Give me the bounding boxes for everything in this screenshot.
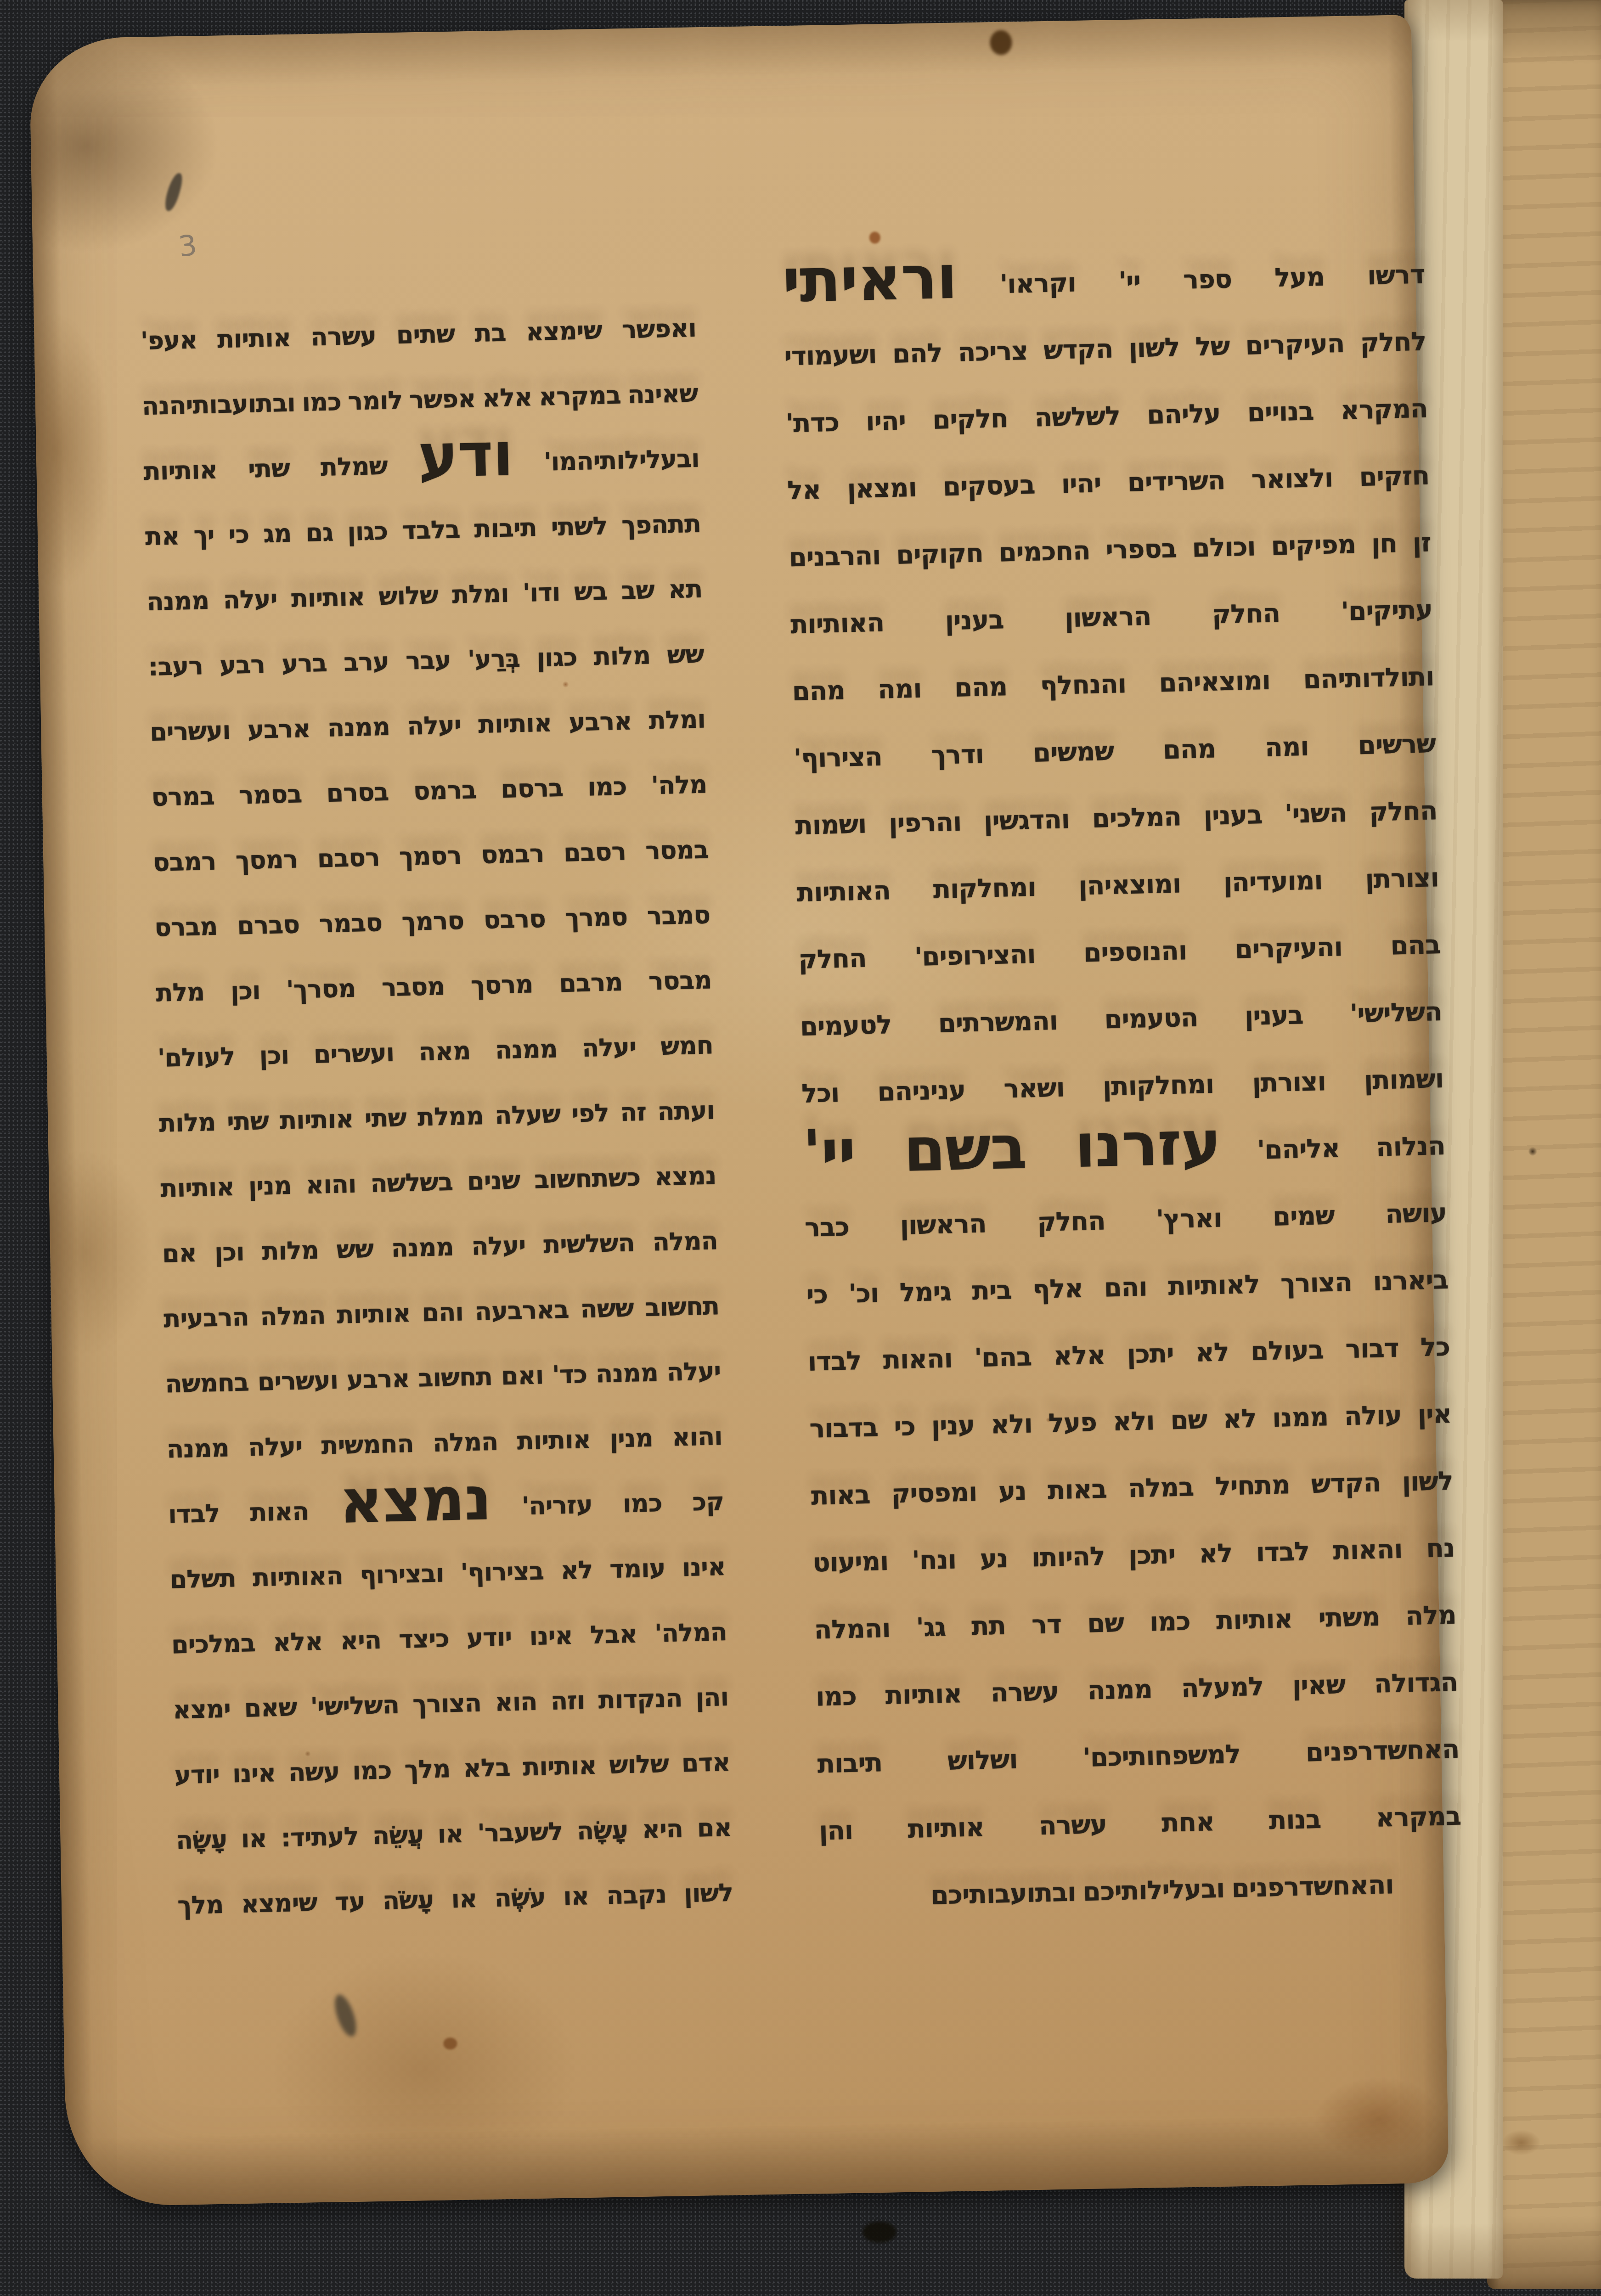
text-line: ומלת ארבע אותיות יעלה ממנה ארבע ועשרים (149, 687, 706, 765)
text-line: תחשוב ששה בארבעה והם אותיות המלה הרבעית (163, 1273, 720, 1351)
text-line: אינו עומד לא בצירוף' ובצירוף האותיות תשל… (169, 1534, 726, 1612)
text-segment: החלק השני' בענין המלכים והדגשין והרפין ו… (795, 796, 1438, 841)
text-segment: תחשוב ששה בארבעה והם אותיות המלה הרבעית (163, 1291, 720, 1333)
stain (331, 1992, 361, 2039)
stain (443, 2037, 457, 2050)
text-line: ועתה זה לפי שעלה ממלת שתי אותיות שתי מלו… (158, 1078, 716, 1156)
text-line: והן הנקדות וזה הוא הצורך השלישי' שאם ימצ… (172, 1665, 729, 1743)
text-segment: והאחשדרפנים ובעלילותיכם ובתועבותיכם (930, 1870, 1394, 1911)
text-segment: סמבר סמרך סרבס סרמך סבמר סברם מברס (154, 900, 710, 942)
stain (869, 231, 880, 243)
text-segment: תא שב בש ודו' ומלת שלוש אותיות יעלה ממנה (147, 574, 703, 616)
text-segment: המלה' אבל אינו יודע כיצד היא אלא במלכים (171, 1617, 727, 1659)
text-segment: אין עולה ממנו לא שם ולא פעל ולא ענין כי … (809, 1399, 1452, 1444)
text-segment: אינו עומד לא בצירוף' ובצירוף האותיות תשל… (169, 1552, 726, 1594)
text-line: תא שב בש ודו' ומלת שלוש אותיות יעלה ממנה (146, 557, 703, 635)
text-segment: האחשדרפנים למשפחותיכם' ושלוש תיבות (817, 1734, 1460, 1779)
text-segment: עושה שמים וארץ' החלק הראשון כבר (805, 1198, 1447, 1243)
text-segment: נח והאות לבדו לא יתכן להיותו נע ונח' ומי… (812, 1533, 1455, 1578)
text-segment: שרשים ומה מהם שמשים ודרך הצירוף' (793, 729, 1436, 774)
enlarged-word: ודע (417, 419, 514, 491)
enlarged-word: עזרנו בשם יי' (802, 1107, 1222, 1187)
text-segment: זן חן מפיקים וכולם בספרי החכמים חקוקים ו… (789, 528, 1431, 573)
text-segment: והן הנקדות וזה הוא הצורך השלישי' שאם ימצ… (173, 1683, 729, 1724)
text-line: אדם שלוש אותיות בלא מלך כמו עשה אינו יוד… (174, 1730, 731, 1808)
text-line: ואפשר שימצא בת שתים עשרה אותיות אעפ' (140, 296, 697, 374)
text-segment: המלה השלשית יעלה ממנה שש מלות וכן אם (162, 1226, 718, 1268)
text-segment: שמלת שתי אותיות (143, 451, 388, 486)
enlarged-word: וראיתי (782, 242, 958, 316)
text-line: לשון נקבה או עֹשֶׂה או עָשֹׂה עד שימצא מ… (177, 1860, 734, 1938)
text-segment: מבסר מרבם מרסך מסבר מסרך' וכן מלת (156, 965, 712, 1007)
text-segment: הנלוה אליהם' (1257, 1131, 1446, 1165)
text-segment: מלה' כמו ברסם ברמס בסרם בסמר במרס (151, 770, 707, 811)
text-segment: והוא מנין אותיות המלה החמשית יעלה ממנה (166, 1422, 722, 1463)
text-segment: ואפשר שימצא בת שתים עשרה אותיות אעפ' (140, 314, 696, 355)
text-segment: ומלת ארבע אותיות יעלה ממנה ארבע ועשרים (149, 704, 705, 746)
text-line: סמבר סמרך סרבס סרמך סבמר סברם מברס (154, 882, 711, 960)
text-column-right: דרשו מעל ספר יי' וקראו' וראיתילחלק העיקר… (782, 241, 1463, 1932)
text-segment: קכ כמו עזריה' (521, 1487, 724, 1520)
text-line: נמצא כשתחשוב שנים בשלשה והוא מנין אותיות (160, 1143, 717, 1221)
text-line: המלה השלשית יעלה ממנה שש מלות וכן אם (161, 1208, 718, 1286)
text-line: קכ כמו עזריה' נמצא האות לבדו (168, 1469, 725, 1547)
text-segment: ועתה זה לפי שעלה ממלת שתי אותיות שתי מלו… (159, 1096, 715, 1137)
text-line: אם היא עָשָׂה לשעבר' או עֲשֵׂה לעתיד: או… (175, 1795, 732, 1873)
text-line: שש מלות כגון בְּרַע' עבר ערב ברע רבע רעב… (147, 622, 705, 700)
text-segment: חזקים ולצואר השרידים יהיו בעסקים ומצאן א… (787, 461, 1430, 506)
text-segment: עתיקים' החלק הראשון בענין האותיות (790, 595, 1433, 640)
text-segment: ותולדותיהם ומוצאיהם והנחלף מהם ומה מהם (792, 662, 1434, 707)
text-line: ובעלילותיהמו' ודע שמלת שתי אותיות (143, 426, 700, 504)
text-segment: לחלק העיקרים של לשון הקדש צריכה להם ושעמ… (784, 326, 1426, 371)
enlarged-word: נמצא (338, 1463, 492, 1537)
text-segment: הגדולה שאין למעלה ממנה עשרה אותיות כמו (816, 1667, 1458, 1712)
text-segment: דרשו מעל ספר יי' וקראו' (999, 259, 1425, 299)
text-segment: נמצא כשתחשוב שנים בשלשה והוא מנין אותיות (160, 1161, 716, 1203)
text-segment: כל דבור בעולם לא יתכן אלא בהם' והאות לבד… (807, 1332, 1450, 1377)
text-line: במסר רסבם רבמס רסמך רסבם רמסך רמבס (152, 817, 709, 895)
text-line: המלה' אבל אינו יודע כיצד היא אלא במלכים (170, 1599, 727, 1677)
text-line: חמש יעלה ממנה מאה ועשרים וכן לעולם' (157, 1013, 714, 1091)
text-segment: אם היא עָשָׂה לשעבר' או עֲשֵׂה לעתיד: או… (175, 1813, 732, 1855)
text-segment: וצורתן ומועדיהן ומוצאיהן ומחלקות האותיות (796, 863, 1439, 908)
text-segment: האות לבדו (168, 1497, 310, 1529)
text-segment: בהם והעיקרים והנוספים והצירופים' החלק (798, 930, 1441, 975)
manuscript-page: 3 ואפשר שימצא בת שתים עשרה אותיות אעפ'שא… (29, 15, 1449, 2207)
text-segment: במסר רסבם רבמס רסמך רסבם רמסך רמבס (152, 835, 709, 877)
text-segment: שש מלות כגון בְּרַע' עבר ערב ברע רבע רעב… (148, 640, 704, 681)
text-segment: השלישי' בענין הטעמים והמשרתים לטעמים (800, 997, 1442, 1042)
text-segment: ושמותן וצורתן ומחלקותן ושאר עניניהם וכל (801, 1064, 1444, 1109)
text-segment: אדם שלוש אותיות בלא מלך כמו עשה אינו יוד… (174, 1748, 730, 1790)
text-segment: ביארנו הצורך לאותיות והם אלף בית גימל וכ… (806, 1265, 1449, 1310)
text-segment: יעלה ממנה כד' ואם תחשוב ארבע ועשרים בחמש… (165, 1356, 721, 1398)
text-line: מלה' כמו ברסם ברמס בסרם בסמר במרס (151, 752, 708, 830)
text-segment: מלה משתי אותיות כמו שם דר תת גג' והמלה (814, 1600, 1456, 1645)
text-segment: ובעלילותיהמו' (544, 444, 700, 477)
stain (990, 30, 1012, 55)
text-segment: לשון נקבה או עֹשֶׂה או עָשֹׂה עד שימצא מ… (177, 1878, 733, 1920)
text-line: יעלה ממנה כד' ואם תחשוב ארבע ועשרים בחמש… (164, 1339, 722, 1417)
text-column-left: ואפשר שימצא בת שתים עשרה אותיות אעפ'שאינ… (140, 296, 733, 1939)
text-segment: חמש יעלה ממנה מאה ועשרים וכן לעולם' (157, 1030, 713, 1072)
text-segment: במקרא בנות אחת עשרה אותיות והן (818, 1801, 1461, 1846)
text-line: תתהפך לשתי תיבות בלבד כגון גם מג כי יך א… (145, 491, 702, 569)
text-segment: לשון הקדש מתחיל במלה באות נע ומפסיק באות (811, 1466, 1453, 1511)
folio-number: 3 (177, 228, 199, 264)
stain (863, 2222, 896, 2243)
ink-smudge (163, 171, 184, 213)
manuscript-photo: 3 ואפשר שימצא בת שתים עשרה אותיות אעפ'שא… (0, 0, 1601, 2296)
book-fore-edge-outer (1487, 0, 1601, 2289)
text-segment: שאינה במקרא אלא אפשר לומר כמו ובתועבותיה… (141, 379, 698, 421)
text-segment: המקרא בנויים עליהם לשלשה חלקים יהיו כדת' (785, 394, 1428, 439)
text-segment: תתהפך לשתי תיבות בלבד כגון גם מג כי יך א… (145, 509, 701, 551)
text-line: מבסר מרבם מרסך מסבר מסרך' וכן מלת (155, 947, 712, 1025)
